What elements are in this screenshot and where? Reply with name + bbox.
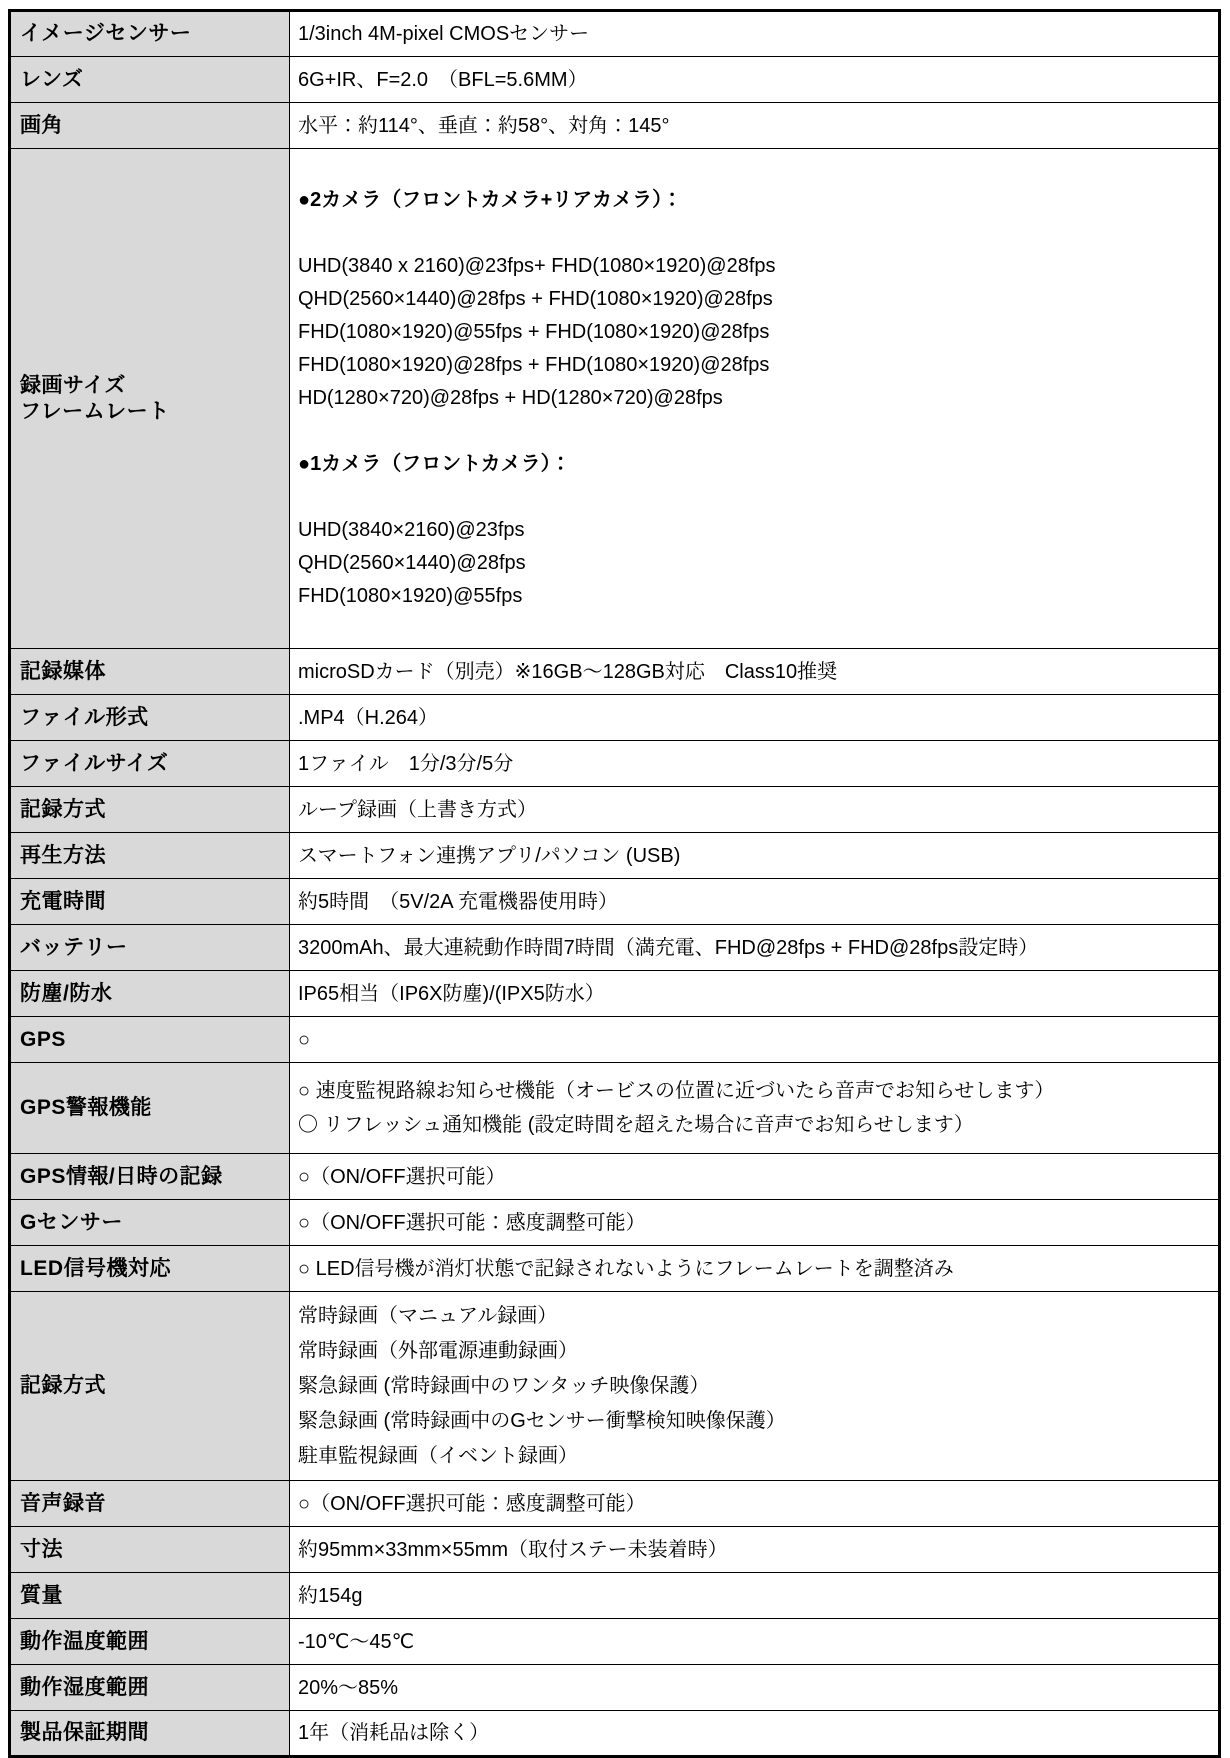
spec-row-gps: GPS ○ — [10, 1017, 1220, 1063]
spec-label: 防塵/防水 — [10, 971, 290, 1017]
spec-label: バッテリー — [10, 925, 290, 971]
spec-row-recording-media: 記録媒体 microSDカード（別売）※16GB～128GB対応 Class10… — [10, 649, 1220, 695]
spec-value: ●2カメラ（フロントカメラ+リアカメラ）： UHD(3840 x 2160)@2… — [290, 149, 1220, 649]
spec-label: 録画サイズ フレームレート — [10, 149, 290, 649]
spec-row-loop-recording: 記録方式 ループ録画（上書き方式） — [10, 787, 1220, 833]
spec-row-image-sensor: イメージセンサー 1/3inch 4M-pixel CMOSセンサー — [10, 11, 1220, 57]
spec-label: LED信号機対応 — [10, 1246, 290, 1292]
spec-value: ○（ON/OFF選択可能） — [290, 1154, 1220, 1200]
spec-label: ファイルサイズ — [10, 741, 290, 787]
spec-row-operating-temperature: 動作温度範囲 -10℃～45℃ — [10, 1619, 1220, 1665]
spec-sheet-page: イメージセンサー 1/3inch 4M-pixel CMOSセンサー レンズ 6… — [0, 0, 1230, 1615]
spec-value: 20%～85% — [290, 1665, 1220, 1711]
spec-label: 画角 — [10, 103, 290, 149]
spec-label: 動作湿度範囲 — [10, 1665, 290, 1711]
spec-label: GPS — [10, 1017, 290, 1063]
spec-row-dimensions: 寸法 約95mm×33mm×55mm（取付ステー未装着時） — [10, 1527, 1220, 1573]
one-camera-modes: UHD(3840×2160)@23fps QHD(2560×1440)@28fp… — [298, 514, 1214, 613]
two-camera-heading: ●2カメラ（フロントカメラ+リアカメラ）： — [298, 184, 1214, 217]
spec-value: 3200mAh、最大連続動作時間7時間（満充電、FHD@28fps + FHD@… — [290, 925, 1220, 971]
spec-value: 1/3inch 4M-pixel CMOSセンサー — [290, 11, 1220, 57]
spec-row-operating-humidity: 動作湿度範囲 20%～85% — [10, 1665, 1220, 1711]
spec-value: ○（ON/OFF選択可能：感度調整可能） — [290, 1200, 1220, 1246]
spec-value: ループ録画（上書き方式） — [290, 787, 1220, 833]
spec-value: 1年（消耗品は除く） — [290, 1711, 1220, 1757]
spec-row-audio-recording: 音声録音 ○（ON/OFF選択可能：感度調整可能） — [10, 1481, 1220, 1527]
spec-row-gps-datetime-log: GPS情報/日時の記録 ○（ON/OFF選択可能） — [10, 1154, 1220, 1200]
spec-row-dust-water-proof: 防塵/防水 IP65相当（IP6X防塵)/(IPX5防水） — [10, 971, 1220, 1017]
spec-value: ○（ON/OFF選択可能：感度調整可能） — [290, 1481, 1220, 1527]
spec-label: イメージセンサー — [10, 11, 290, 57]
spec-label: 記録方式 — [10, 1292, 290, 1481]
spec-label: GPS警報機能 — [10, 1063, 290, 1154]
spec-value: 水平：約114°、垂直：約58°、対角：145° — [290, 103, 1220, 149]
one-camera-heading: ●1カメラ（フロントカメラ）： — [298, 448, 1214, 481]
spec-value: ○ LED信号機が消灯状態で記録されないようにフレームレートを調整済み — [290, 1246, 1220, 1292]
spec-label: GPS情報/日時の記録 — [10, 1154, 290, 1200]
spec-row-recording-modes: 記録方式 常時録画（マニュアル録画） 常時録画（外部電源連動録画） 緊急録画 (… — [10, 1292, 1220, 1481]
spec-value: 6G+IR、F=2.0 （BFL=5.6MM） — [290, 57, 1220, 103]
spec-label: 充電時間 — [10, 879, 290, 925]
spec-value: 約5時間 （5V/2A 充電機器使用時） — [290, 879, 1220, 925]
spec-label: 動作温度範囲 — [10, 1619, 290, 1665]
spec-row-g-sensor: Gセンサー ○（ON/OFF選択可能：感度調整可能） — [10, 1200, 1220, 1246]
spec-label: 音声録音 — [10, 1481, 290, 1527]
spec-label: ファイル形式 — [10, 695, 290, 741]
spec-value: スマートフォン連携アプリ/パソコン (USB) — [290, 833, 1220, 879]
spec-row-weight: 質量 約154g — [10, 1573, 1220, 1619]
spec-value: 約154g — [290, 1573, 1220, 1619]
spec-table: イメージセンサー 1/3inch 4M-pixel CMOSセンサー レンズ 6… — [8, 9, 1221, 1758]
spec-value: microSDカード（別売）※16GB～128GB対応 Class10推奨 — [290, 649, 1220, 695]
spec-row-warranty: 製品保証期間 1年（消耗品は除く） — [10, 1711, 1220, 1757]
spec-row-playback-method: 再生方法 スマートフォン連携アプリ/パソコン (USB) — [10, 833, 1220, 879]
spec-label: Gセンサー — [10, 1200, 290, 1246]
spec-label: 質量 — [10, 1573, 290, 1619]
spec-label: 再生方法 — [10, 833, 290, 879]
spec-value: ○ 速度監視路線お知らせ機能（オービスの位置に近づいたら音声でお知らせします） … — [290, 1063, 1220, 1154]
spec-row-charging-time: 充電時間 約5時間 （5V/2A 充電機器使用時） — [10, 879, 1220, 925]
spec-value: .MP4（H.264） — [290, 695, 1220, 741]
spec-value: IP65相当（IP6X防塵)/(IPX5防水） — [290, 971, 1220, 1017]
spec-value: 常時録画（マニュアル録画） 常時録画（外部電源連動録画） 緊急録画 (常時録画中… — [290, 1292, 1220, 1481]
spec-row-view-angle: 画角 水平：約114°、垂直：約58°、対角：145° — [10, 103, 1220, 149]
spec-row-gps-alert: GPS警報機能 ○ 速度監視路線お知らせ機能（オービスの位置に近づいたら音声でお… — [10, 1063, 1220, 1154]
spec-row-file-size: ファイルサイズ 1ファイル 1分/3分/5分 — [10, 741, 1220, 787]
spec-row-recording-size-framerate: 録画サイズ フレームレート ●2カメラ（フロントカメラ+リアカメラ）： UHD(… — [10, 149, 1220, 649]
spec-label: レンズ — [10, 57, 290, 103]
spec-value: ○ — [290, 1017, 1220, 1063]
spec-value: 約95mm×33mm×55mm（取付ステー未装着時） — [290, 1527, 1220, 1573]
spec-label: 製品保証期間 — [10, 1711, 290, 1757]
spec-row-led-signal: LED信号機対応 ○ LED信号機が消灯状態で記録されないようにフレームレートを… — [10, 1246, 1220, 1292]
spec-value: -10℃～45℃ — [290, 1619, 1220, 1665]
spec-value: 1ファイル 1分/3分/5分 — [290, 741, 1220, 787]
spec-label: 寸法 — [10, 1527, 290, 1573]
spec-row-file-format: ファイル形式 .MP4（H.264） — [10, 695, 1220, 741]
spec-label: 記録方式 — [10, 787, 290, 833]
spec-row-battery: バッテリー 3200mAh、最大連続動作時間7時間（満充電、FHD@28fps … — [10, 925, 1220, 971]
two-camera-modes: UHD(3840 x 2160)@23fps+ FHD(1080×1920)@2… — [298, 250, 1214, 415]
spec-label: 記録媒体 — [10, 649, 290, 695]
spec-row-lens: レンズ 6G+IR、F=2.0 （BFL=5.6MM） — [10, 57, 1220, 103]
